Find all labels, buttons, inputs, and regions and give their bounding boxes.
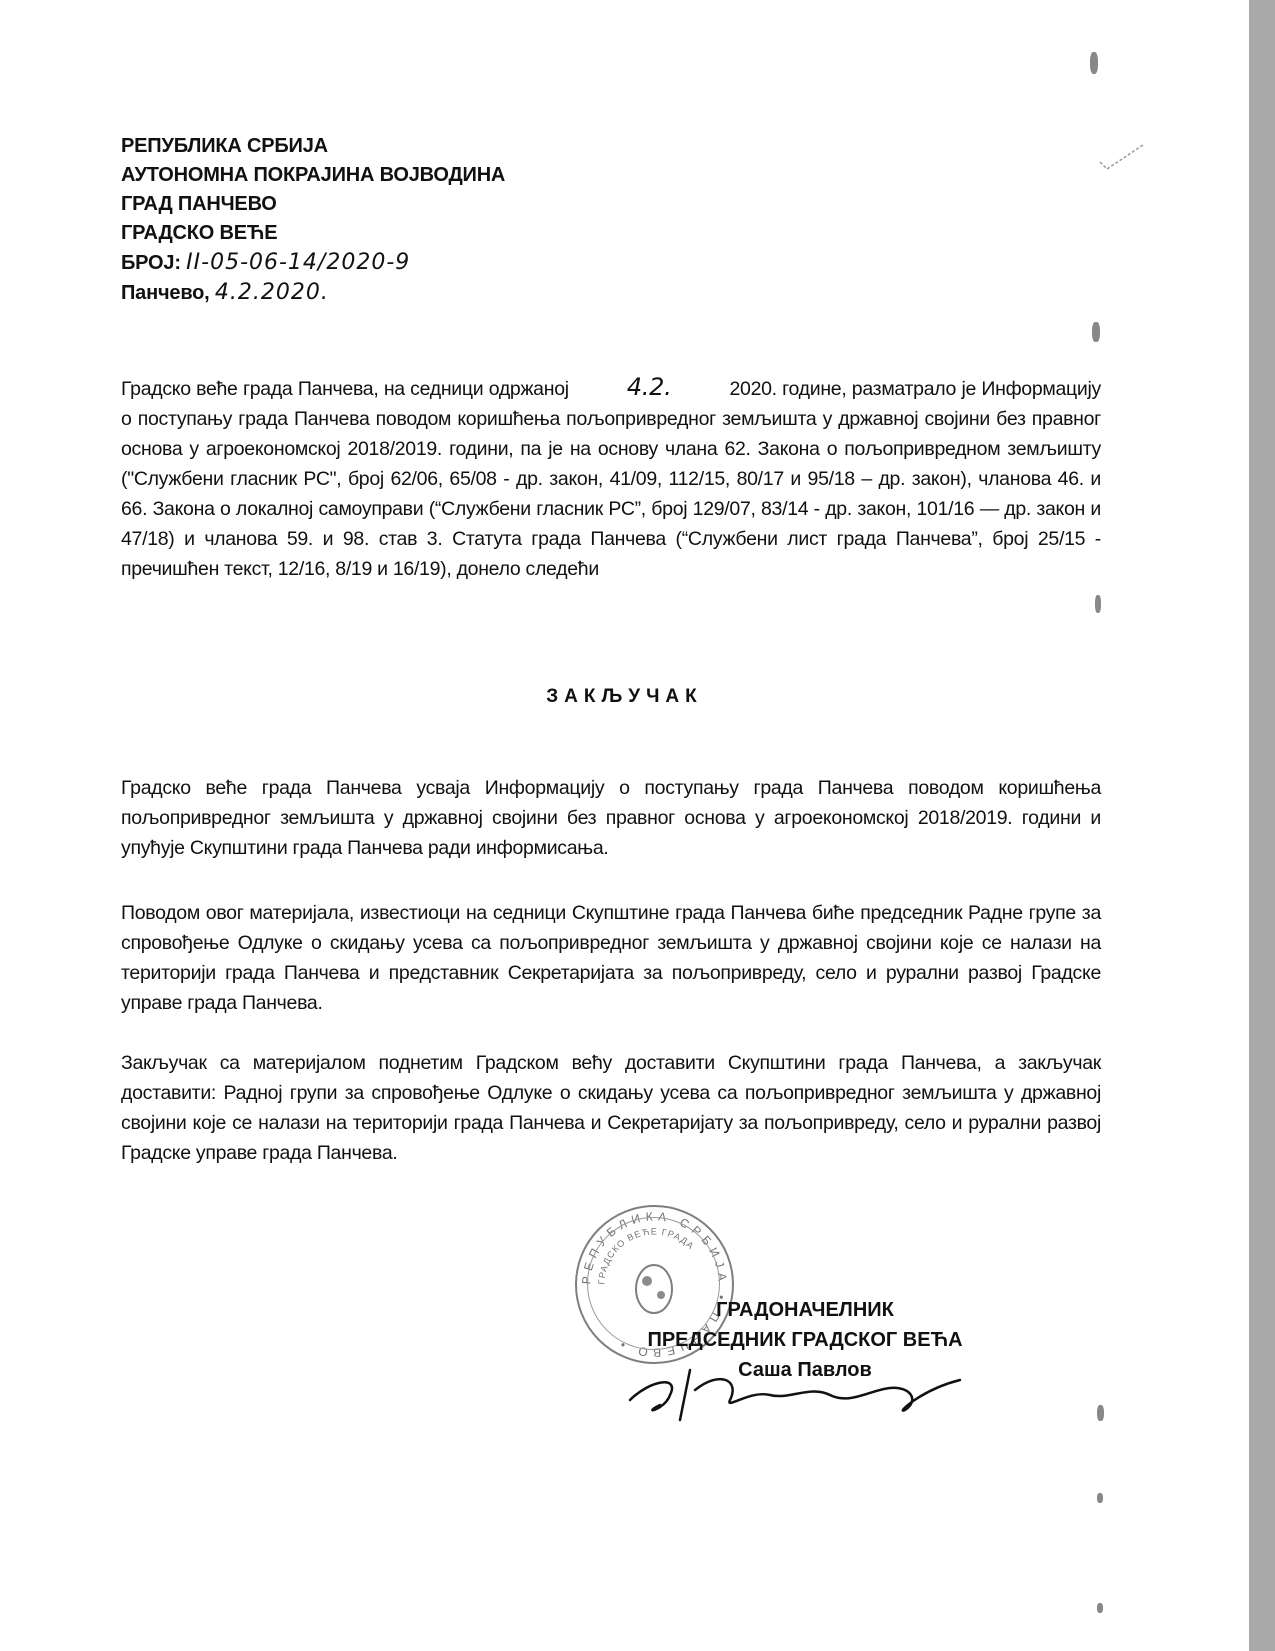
conclusion-paragraph-1: Градско веће града Панчева усваја Информ… xyxy=(121,773,1101,863)
number-value-handwritten: II-05-06-14/2020-9 xyxy=(186,250,410,275)
handwritten-signature-icon xyxy=(620,1360,980,1430)
conclusion-paragraph-2: Поводом овог материјала, известиоци на с… xyxy=(121,898,1101,1018)
intro-text-after-date: 2020. године, разматрало је Информацију … xyxy=(121,378,1101,580)
scan-edge xyxy=(1249,0,1275,1651)
signatory-title-mayor: ГРАДОНАЧЕЛНИК xyxy=(640,1295,970,1325)
header-province: АУТОНОМНА ПОКРАЈИНА ВОЈВОДИНА xyxy=(121,161,505,190)
paragraph-text: Градско веће града Панчева усваја Информ… xyxy=(121,773,1101,863)
header-city: ГРАД ПАНЧЕВО xyxy=(121,190,505,219)
header-council: ГРАДСКО ВЕЋЕ xyxy=(121,219,505,248)
conclusion-paragraph-3: Закључак са материјалом поднетим Градско… xyxy=(121,1048,1101,1168)
intro-paragraph: Градско веће града Панчева, на седници о… xyxy=(121,372,1101,584)
paragraph-text: Поводом овог материјала, известиоци на с… xyxy=(121,898,1101,1018)
document-header: РЕПУБЛИКА СРБИЈА АУТОНОМНА ПОКРАЈИНА ВОЈ… xyxy=(121,132,505,308)
document-page: РЕПУБЛИКА СРБИЈА АУТОНОМНА ПОКРАЈИНА ВОЈ… xyxy=(0,0,1249,1651)
header-place-date: Панчево, 4.2.2020. xyxy=(121,278,505,308)
paragraph-text: Закључак са материјалом поднетим Градско… xyxy=(121,1048,1101,1168)
scan-speck xyxy=(1095,595,1101,613)
intro-text-before-date: Градско веће града Панчева, на седници о… xyxy=(121,378,569,400)
place-label: Панчево, xyxy=(121,282,210,304)
scan-speck xyxy=(1097,1405,1104,1421)
document-title: ЗАКЉУЧАК xyxy=(0,686,1249,708)
scan-speck xyxy=(1097,1493,1103,1503)
header-republic: РЕПУБЛИКА СРБИЈА xyxy=(121,132,505,161)
scan-mark-icon xyxy=(1098,142,1148,172)
scan-speck xyxy=(1092,322,1100,342)
header-number: БРОЈ: II-05-06-14/2020-9 xyxy=(121,248,505,278)
intro-handwritten-date: 4.2. xyxy=(574,372,724,402)
number-label: БРОЈ: xyxy=(121,252,181,274)
scan-speck xyxy=(1090,52,1098,74)
svg-text:ГРАДСКО ВЕЋЕ ГРАДА: ГРАДСКО ВЕЋЕ ГРАДА xyxy=(596,1226,696,1284)
signatory-title-president: ПРЕДСЕДНИК ГРАДСКОГ ВЕЋА xyxy=(640,1325,970,1355)
date-value-handwritten: 4.2.2020. xyxy=(215,280,329,305)
scan-speck xyxy=(1097,1603,1103,1613)
